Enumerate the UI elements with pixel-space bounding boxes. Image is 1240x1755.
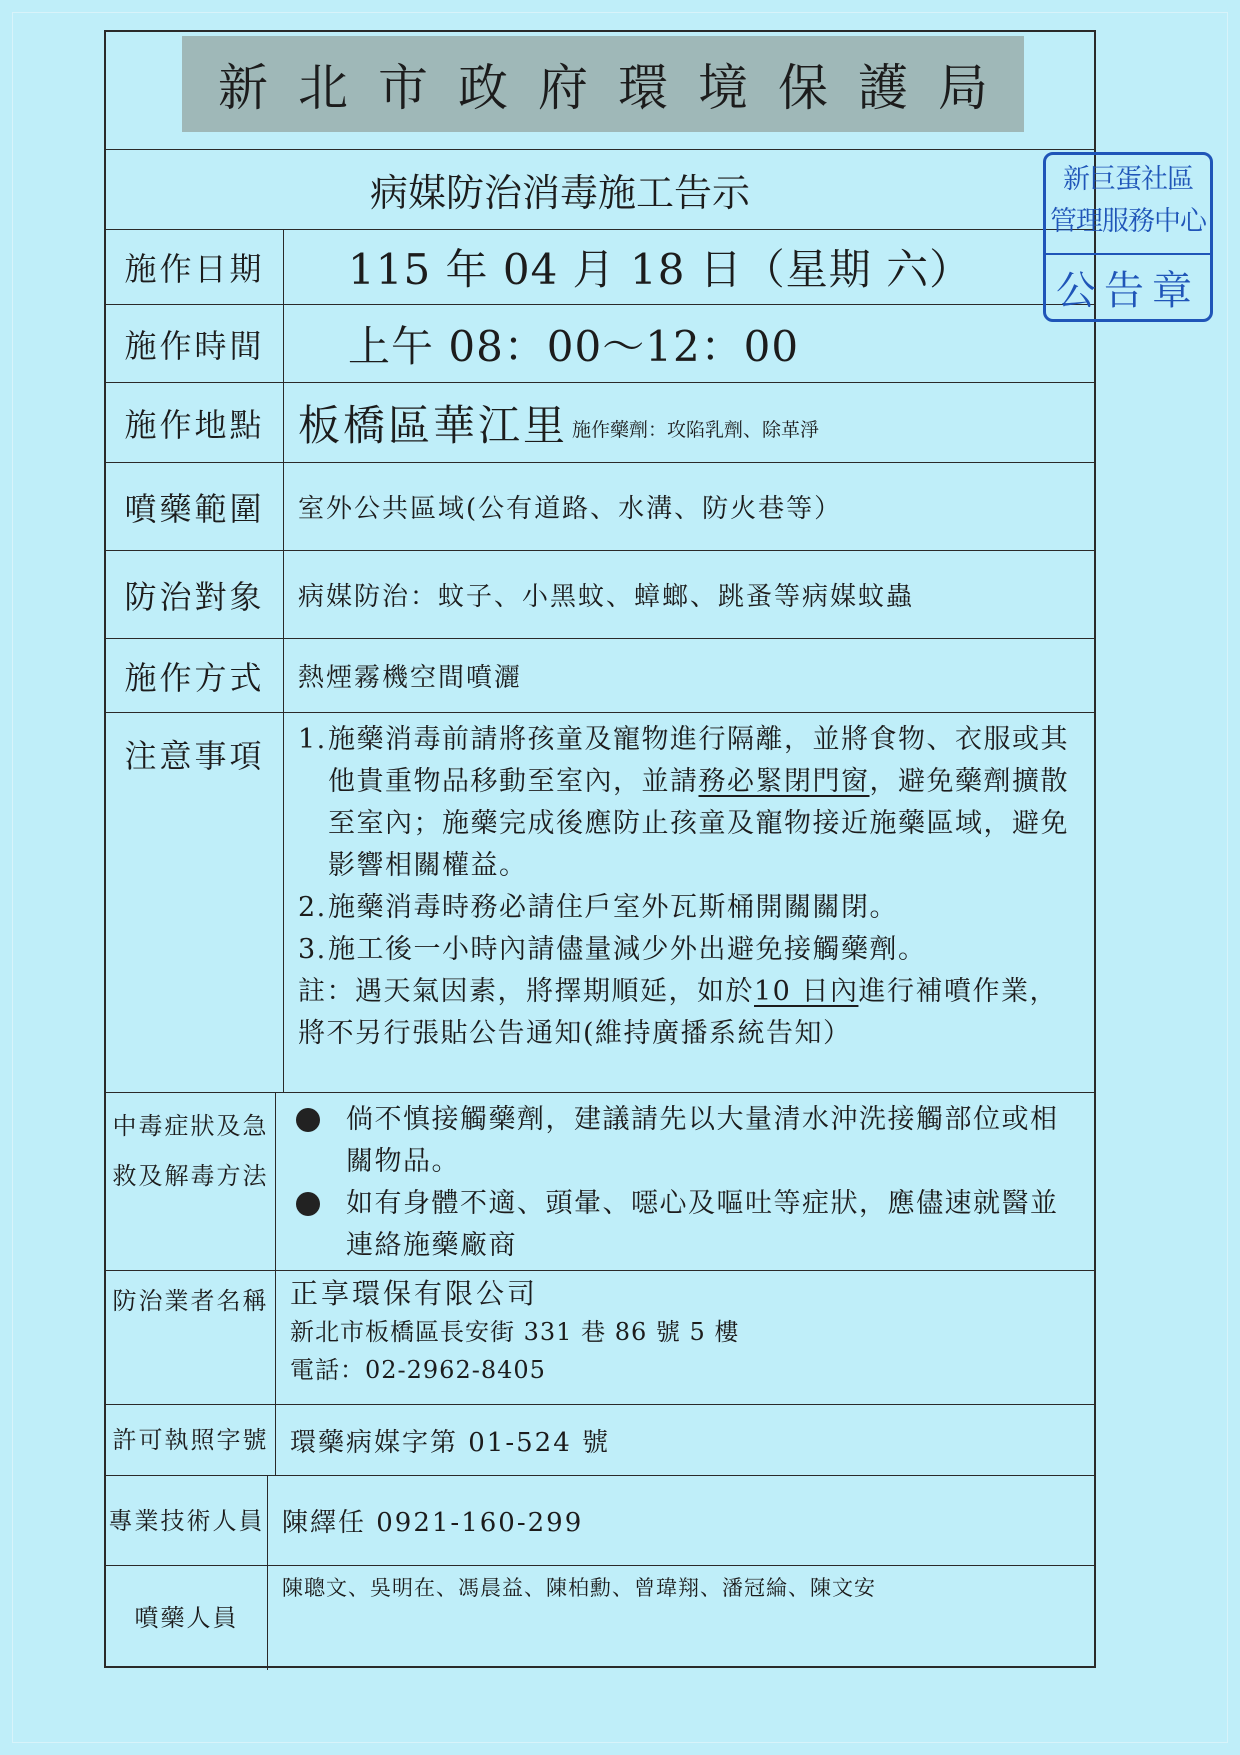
time-label: 施作時間	[106, 305, 284, 382]
firstaid-bullet-1: 倘不慎接觸藥劑，建議請先以大量清水沖洗接觸部位或相關物品。	[296, 1099, 1082, 1183]
firstaid-label-line: 救及解毒方法	[113, 1151, 269, 1201]
time-row: 施作時間 上午 08：00～12：00	[106, 305, 1094, 383]
time-value-cell: 上午 08：00～12：00	[284, 305, 1094, 382]
chemicals-value: 施作藥劑：攻陷乳劑、除革淨	[572, 415, 819, 442]
company-name: 正享環保有限公司	[290, 1275, 1094, 1313]
note-number: 1.	[298, 719, 328, 887]
target-value-cell: 病媒防治：蚊子、小黑蚊、蟑螂、跳蚤等病媒蚊蟲	[284, 551, 1094, 638]
community-seal-stamp: 新巨蛋社區 管理服務中心 公告章	[1043, 152, 1213, 322]
date-value: 115 年 04 月 18 日（星期 六）	[298, 237, 972, 297]
firstaid-label-line: 中毒症狀及急	[113, 1101, 269, 1151]
target-row: 防治對象 病媒防治：蚊子、小黑蚊、蟑螂、跳蚤等病媒蚊蟲	[106, 551, 1094, 639]
scope-value-cell: 室外公共區域(公有道路、水溝、防火巷等）	[284, 463, 1094, 550]
firstaid-content: 倘不慎接觸藥劑，建議請先以大量清水沖洗接觸部位或相關物品。 如有身體不適、頭暈、…	[276, 1093, 1094, 1270]
notes-label: 注意事項	[106, 713, 284, 1092]
target-value: 病媒防治：蚊子、小黑蚊、蟑螂、跳蚤等病媒蚊蟲	[298, 576, 914, 613]
note-number: 3.	[298, 929, 328, 971]
location-value: 板橋區華江里	[298, 393, 568, 453]
notes-row: 注意事項 1. 施藥消毒前請將孩童及寵物進行隔離，並將食物、衣服或其他貴重物品移…	[106, 713, 1094, 1093]
license-value-cell: 環藥病媒字第 01-524 號	[276, 1405, 1094, 1475]
date-value-cell: 115 年 04 月 18 日（星期 六）	[284, 230, 1094, 304]
technician-row: 專業技術人員 陳繹任 0921-160-299	[106, 1476, 1094, 1566]
note-item-3: 3. 施工後一小時內請儘量減少外出避免接觸藥劑。	[298, 929, 1082, 971]
bullet-text: 如有身體不適、頭暈、噁心及嘔吐等症狀，應儘速就醫並連絡施藥廠商	[346, 1183, 1082, 1267]
license-row: 許可執照字號 環藥病媒字第 01-524 號	[106, 1405, 1094, 1476]
date-label: 施作日期	[106, 230, 284, 304]
license-value: 環藥病媒字第 01-524 號	[290, 1422, 610, 1459]
notice-title-row: 病媒防治消毒施工告示	[106, 150, 1094, 230]
company-label: 防治業者名稱	[106, 1271, 276, 1404]
technician-value: 陳繹任 0921-160-299	[282, 1502, 583, 1539]
company-content: 正享環保有限公司 新北市板橋區長安街 331 巷 86 號 5 樓 電話：02-…	[276, 1271, 1094, 1404]
time-value: 上午 08：00～12：00	[298, 314, 799, 374]
firstaid-row: 中毒症狀及急 救及解毒方法 倘不慎接觸藥劑，建議請先以大量清水沖洗接觸部位或相關…	[106, 1093, 1094, 1271]
agency-title: 新北市政府環境保護局	[182, 36, 1024, 132]
company-address: 新北市板橋區長安街 331 巷 86 號 5 樓	[290, 1313, 1094, 1351]
firstaid-bullet-2: 如有身體不適、頭暈、噁心及嘔吐等症狀，應儘速就醫並連絡施藥廠商	[296, 1183, 1082, 1267]
note-number: 2.	[298, 887, 328, 929]
location-value-cell: 板橋區華江里 施作藥劑：攻陷乳劑、除革淨	[284, 383, 1094, 462]
technician-value-cell: 陳繹任 0921-160-299	[268, 1476, 1094, 1565]
scope-row: 噴藥範圍 室外公共區域(公有道路、水溝、防火巷等）	[106, 463, 1094, 551]
method-row: 施作方式 熱煙霧機空間噴灑	[106, 639, 1094, 713]
stamp-line: 新巨蛋社區	[1046, 159, 1210, 201]
firstaid-label-text: 中毒症狀及急 救及解毒方法	[113, 1101, 269, 1201]
bullet-icon	[296, 1192, 320, 1216]
notes-content: 1. 施藥消毒前請將孩童及寵物進行隔離，並將食物、衣服或其他貴重物品移動至室內，…	[284, 713, 1094, 1092]
note-text: 施藥消毒時務必請住戶室外瓦斯桶開關關閉。	[328, 887, 1082, 929]
technician-label: 專業技術人員	[106, 1476, 268, 1565]
note-remark: 註：遇天氣因素，將擇期順延，如於10 日內進行補噴作業，將不另行張貼公告通知(維…	[298, 971, 1082, 1055]
stamp-footer: 公告章	[1046, 255, 1210, 319]
method-value: 熱煙霧機空間噴灑	[298, 657, 522, 694]
method-value-cell: 熱煙霧機空間噴灑	[284, 639, 1094, 712]
sprayers-label: 噴藥人員	[106, 1566, 268, 1670]
note-text: 施藥消毒前請將孩童及寵物進行隔離，並將食物、衣服或其他貴重物品移動至室內，並請務…	[328, 719, 1082, 887]
sprayers-row: 噴藥人員 陳聰文、吳明在、馮晨益、陳柏勳、曾瑋翔、潘冠綸、陳文安	[106, 1566, 1094, 1670]
license-label: 許可執照字號	[106, 1405, 276, 1475]
scope-value: 室外公共區域(公有道路、水溝、防火巷等）	[298, 488, 842, 525]
company-phone: 電話：02-2962-8405	[290, 1351, 1094, 1389]
bullet-icon	[296, 1108, 320, 1132]
bullet-text: 倘不慎接觸藥劑，建議請先以大量清水沖洗接觸部位或相關物品。	[346, 1099, 1082, 1183]
notice-title: 病媒防治消毒施工告示	[370, 162, 750, 217]
remark-text: 註：遇天氣因素，將擇期順延，如於	[298, 976, 754, 1007]
stamp-header: 新巨蛋社區 管理服務中心	[1046, 155, 1210, 255]
remark-emphasis: 10 日內	[754, 976, 858, 1007]
date-row: 施作日期 115 年 04 月 18 日（星期 六）	[106, 230, 1094, 305]
location-row: 施作地點 板橋區華江里 施作藥劑：攻陷乳劑、除革淨	[106, 383, 1094, 463]
note-text: 施工後一小時內請儘量減少外出避免接觸藥劑。	[328, 929, 1082, 971]
agency-header-row: 新北市政府環境保護局	[106, 32, 1094, 150]
company-row: 防治業者名稱 正享環保有限公司 新北市板橋區長安街 331 巷 86 號 5 樓…	[106, 1271, 1094, 1405]
stamp-line: 管理服務中心	[1046, 201, 1210, 243]
sprayers-value: 陳聰文、吳明在、馮晨益、陳柏勳、曾瑋翔、潘冠綸、陳文安	[268, 1566, 1094, 1670]
target-label: 防治對象	[106, 551, 284, 638]
note-emphasis: 務必緊閉門窗	[699, 766, 870, 797]
method-label: 施作方式	[106, 639, 284, 712]
firstaid-label: 中毒症狀及急 救及解毒方法	[106, 1093, 276, 1270]
scope-label: 噴藥範圍	[106, 463, 284, 550]
notice-table: 新北市政府環境保護局 病媒防治消毒施工告示 施作日期 115 年 04 月 18…	[104, 30, 1096, 1668]
note-item-2: 2. 施藥消毒時務必請住戶室外瓦斯桶開關關閉。	[298, 887, 1082, 929]
note-item-1: 1. 施藥消毒前請將孩童及寵物進行隔離，並將食物、衣服或其他貴重物品移動至室內，…	[298, 719, 1082, 887]
location-label: 施作地點	[106, 383, 284, 462]
